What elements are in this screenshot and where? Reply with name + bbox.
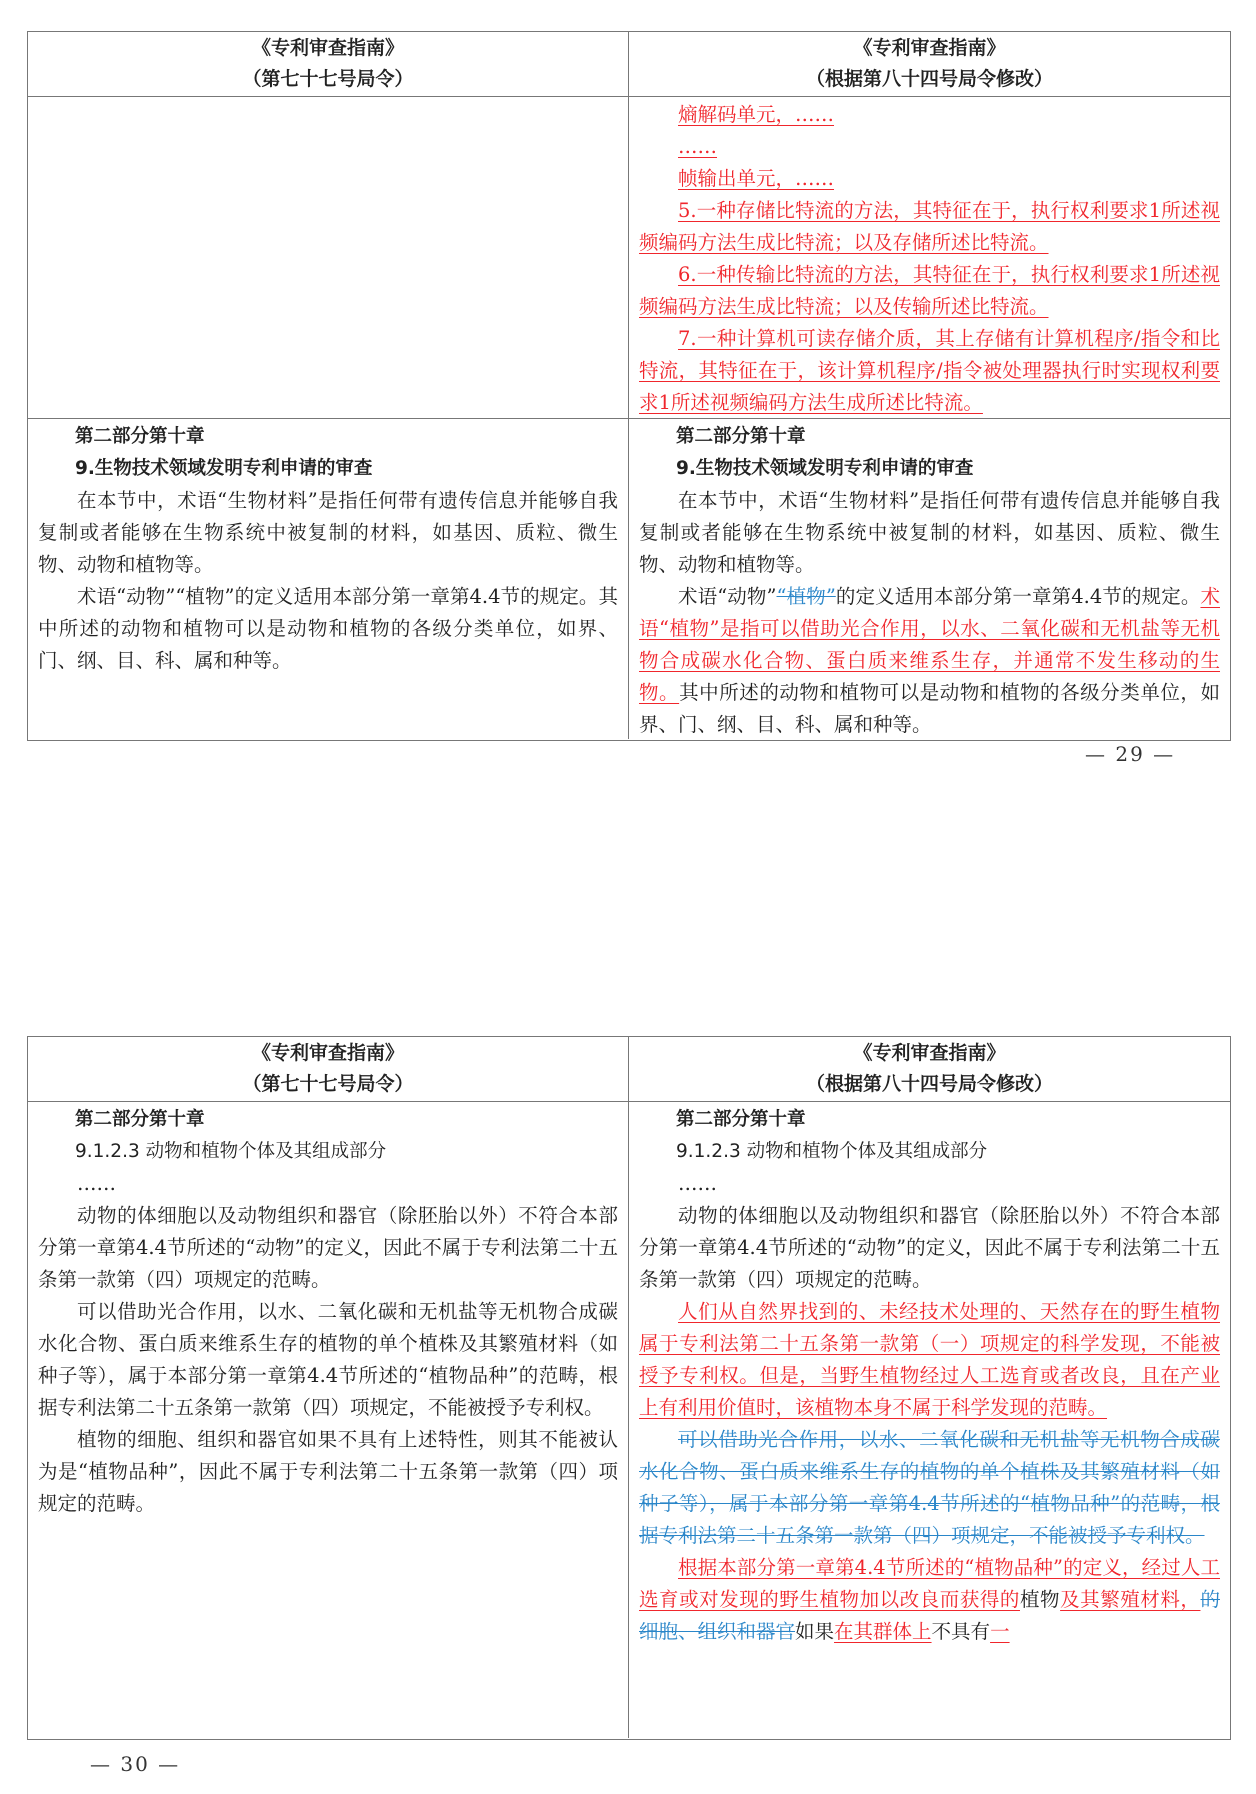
- paragraph: 可以借助光合作用，以水、二氧化碳和无机盐等无机物合成碳水化合物、蛋白质来维系生存…: [38, 1296, 618, 1424]
- old-cell-empty: [28, 97, 629, 418]
- chapter-heading: 第二部分第十章: [639, 421, 1220, 453]
- chapter-heading: 第二部分第十章: [639, 1104, 1220, 1136]
- header-new-title: 《专利审查指南》: [639, 1038, 1220, 1069]
- paragraph-with-revisions: 术语“动物”“植物”的定义适用本部分第一章第4.4节的规定。术语“植物”是指可以…: [639, 581, 1220, 741]
- table-row: 熵解码单元，…… …… 帧输出单元，…… 5.一种存储比特流的方法，其特征在于，…: [28, 97, 1230, 419]
- ellipsis: ……: [639, 1168, 1220, 1200]
- paragraph: 术语“动物”“植物”的定义适用本部分第一章第4.4节的规定。其中所述的动物和植物…: [38, 581, 618, 677]
- paragraph: 植物的细胞、组织和器官如果不具有上述特性，则其不能被认为是“植物品种”，因此不属…: [38, 1424, 618, 1520]
- deleted-paragraph: 可以借助光合作用，以水、二氧化碳和无机盐等无机物合成碳水化合物、蛋白质来维系生存…: [639, 1428, 1220, 1547]
- old-cell-section-9: 第二部分第十章 9.生物技术领域发明专利申请的审查 在本节中，术语“生物材料”是…: [28, 419, 629, 739]
- paragraph: 动物的体细胞以及动物组织和器官（除胚胎以外）不符合本部分第一章第4.4节所述的“…: [639, 1200, 1220, 1296]
- table-header-row: 《专利审查指南》 （第七十七号局令） 《专利审查指南》 （根据第八十四号局令修改…: [28, 32, 1230, 97]
- header-old-subtitle: （第七十七号局令）: [38, 1069, 618, 1100]
- paragraph: 在本节中，术语“生物材料”是指任何带有遗传信息并能够自我复制或者能够在生物系统中…: [38, 485, 618, 581]
- chapter-heading: 第二部分第十章: [38, 421, 618, 453]
- header-new-subtitle: （根据第八十四号局令修改）: [639, 64, 1220, 95]
- header-new-version: 《专利审查指南》 （根据第八十四号局令修改）: [629, 1037, 1230, 1101]
- chapter-heading: 第二部分第十章: [38, 1104, 618, 1136]
- inserted-paragraph: 人们从自然界找到的、未经技术处理的、天然存在的野生植物属于专利法第二十五条第一款…: [639, 1300, 1220, 1419]
- header-old-subtitle: （第七十七号局令）: [38, 64, 618, 95]
- text: 其中所述的动物和植物可以是动物和植物的各级分类单位，如界、门、纲、目、科、属和种…: [639, 681, 1220, 736]
- header-new-version: 《专利审查指南》 （根据第八十四号局令修改）: [629, 32, 1230, 96]
- inserted-text: 及其繁殖材料，: [1060, 1588, 1200, 1611]
- ellipsis: ……: [38, 1168, 618, 1200]
- section-heading: 9.1.2.3 动物和植物个体及其组成部分: [38, 1136, 618, 1168]
- old-cell-9123: 第二部分第十章 9.1.2.3 动物和植物个体及其组成部分 …… 动物的体细胞以…: [28, 1102, 629, 1738]
- text: 的定义适用本部分第一章第4.4节的规定。: [836, 585, 1201, 608]
- table-row: 第二部分第十章 9.1.2.3 动物和植物个体及其组成部分 …… 动物的体细胞以…: [28, 1102, 1230, 1738]
- text: 如果: [795, 1620, 834, 1643]
- header-old-title: 《专利审查指南》: [38, 1038, 618, 1069]
- inserted-text: 一: [990, 1620, 1010, 1643]
- inserted-text: 在其群体上: [834, 1620, 932, 1643]
- page-number-29: — 29 —: [1085, 742, 1175, 766]
- new-cell-section-9: 第二部分第十章 9.生物技术领域发明专利申请的审查 在本节中，术语“生物材料”是…: [629, 419, 1230, 739]
- inserted-claim-6: 6.一种传输比特流的方法，其特征在于，执行权利要求1所述视频编码方法生成比特流；…: [639, 263, 1220, 318]
- header-old-version: 《专利审查指南》 （第七十七号局令）: [28, 1037, 629, 1101]
- section-heading: 9.生物技术领域发明专利申请的审查: [639, 453, 1220, 485]
- paragraph: 在本节中，术语“生物材料”是指任何带有遗传信息并能够自我复制或者能够在生物系统中…: [639, 485, 1220, 581]
- table-header-row: 《专利审查指南》 （第七十七号局令） 《专利审查指南》 （根据第八十四号局令修改…: [28, 1037, 1230, 1102]
- inserted-claim-5: 5.一种存储比特流的方法，其特征在于，执行权利要求1所述视频编码方法生成比特流；…: [639, 199, 1220, 254]
- paragraph: 动物的体细胞以及动物组织和器官（除胚胎以外）不符合本部分第一章第4.4节所述的“…: [38, 1200, 618, 1296]
- inserted-text: ……: [678, 135, 717, 158]
- paragraph-with-revisions: 根据本部分第一章第4.4节所述的“植物品种”的定义，经过人工选育或对发现的野生植…: [639, 1552, 1220, 1648]
- comparison-table-page-29: 《专利审查指南》 （第七十七号局令） 《专利审查指南》 （根据第八十四号局令修改…: [27, 31, 1231, 741]
- comparison-table-page-30: 《专利审查指南》 （第七十七号局令） 《专利审查指南》 （根据第八十四号局令修改…: [27, 1036, 1231, 1740]
- new-cell-9123: 第二部分第十章 9.1.2.3 动物和植物个体及其组成部分 …… 动物的体细胞以…: [629, 1102, 1230, 1738]
- section-heading: 9.1.2.3 动物和植物个体及其组成部分: [639, 1136, 1220, 1168]
- inserted-claim-7: 7.一种计算机可读存储介质，其上存储有计算机程序/指令和比特流，其特征在于，该计…: [639, 327, 1220, 414]
- deleted-text: “植物”: [777, 585, 836, 608]
- text: 术语“动物”: [678, 585, 777, 608]
- new-cell-claims: 熵解码单元，…… …… 帧输出单元，…… 5.一种存储比特流的方法，其特征在于，…: [629, 97, 1230, 418]
- inserted-text: 帧输出单元，……: [678, 167, 834, 190]
- header-old-title: 《专利审查指南》: [38, 33, 618, 64]
- text: 不具有: [932, 1620, 991, 1643]
- header-new-title: 《专利审查指南》: [639, 33, 1220, 64]
- inserted-text: 熵解码单元，……: [678, 103, 834, 126]
- header-new-subtitle: （根据第八十四号局令修改）: [639, 1069, 1220, 1100]
- page-number-30: — 30 —: [90, 1752, 180, 1776]
- text: 植物: [1020, 1588, 1060, 1611]
- section-heading: 9.生物技术领域发明专利申请的审查: [38, 453, 618, 485]
- table-row: 第二部分第十章 9.生物技术领域发明专利申请的审查 在本节中，术语“生物材料”是…: [28, 419, 1230, 739]
- header-old-version: 《专利审查指南》 （第七十七号局令）: [28, 32, 629, 96]
